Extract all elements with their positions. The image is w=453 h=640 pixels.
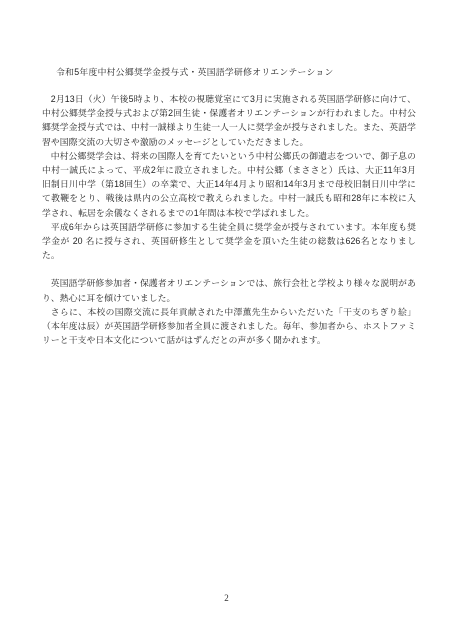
paragraph-scholarship-history: 中村公郷奨学会は、将来の国際人を育てたいという中村公郷氏の御遺志をついで、御子息… [42,149,416,220]
paragraph-scholarship-totals: 平成6年からは英国語学研修に参加する生徒全員に奨学金が授与されています。本年度も… [42,220,416,263]
page-number: 2 [0,593,453,603]
page-title: 令和5年度中村公郷奨学金授与式・英国語学研修オリエンテーション [56,66,416,78]
paragraph-eto-chigirie: さらに、本校の国際交流に長年貢献された中澤薫先生からいただいた「干支のちぎり絵」… [42,305,416,348]
document-body: 2月13日（火）午後5時より、本校の視聴覚室にて3月に実施される英国語学研修に向… [42,92,416,347]
paragraph-ceremony-intro: 2月13日（火）午後5時より、本校の視聴覚室にて3月に実施される英国語学研修に向… [42,92,416,149]
document-page: 令和5年度中村公郷奨学金授与式・英国語学研修オリエンテーション 2月13日（火）… [0,0,453,640]
paragraph-orientation: 英国語学研修参加者・保護者オリエンテーションでは、旅行会社と学校より様々な説明が… [42,276,416,304]
